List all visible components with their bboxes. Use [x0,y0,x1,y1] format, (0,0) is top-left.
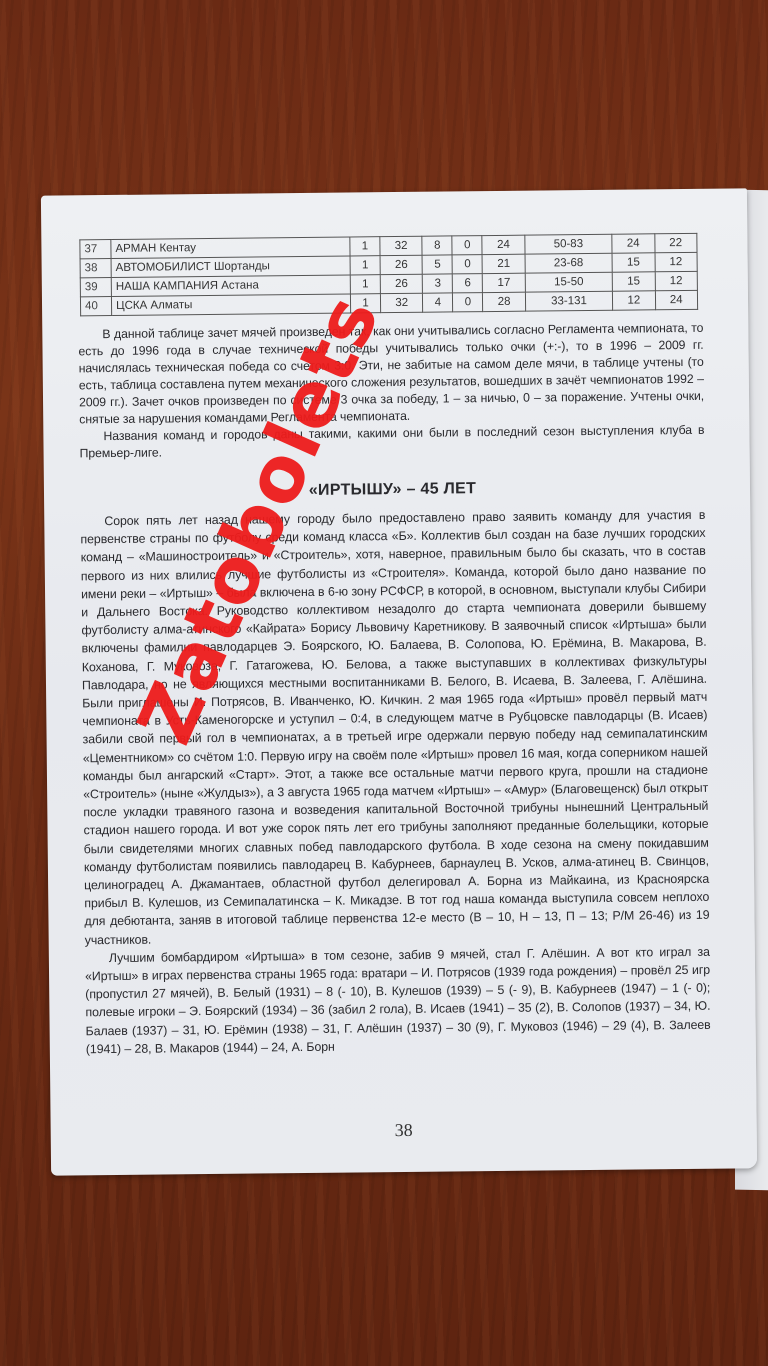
stat-cell: 21 [482,254,525,273]
stat-cell: 50-83 [525,234,612,254]
stat-cell: 0 [453,293,483,312]
page-number: 38 [51,1116,757,1144]
stat-cell: 12 [655,271,698,290]
team-cell: АРМАН Кентау [111,237,350,259]
stat-cell: 17 [483,273,526,292]
article-body: Сорок пять лет назад нашему городу было … [80,506,711,1059]
stat-cell: 4 [423,293,453,312]
stat-cell: 0 [452,255,482,274]
stat-cell: 24 [655,290,698,309]
stat-cell: 0 [452,236,482,255]
position-cell: 38 [80,258,111,277]
article-title: «ИРТЫШУ» – 45 ЛЕТ [80,478,705,503]
stat-cell: 6 [453,274,483,293]
stat-cell: 24 [612,234,655,253]
stat-cell: 22 [654,233,697,252]
stat-cell: 12 [612,291,655,310]
note-paragraph: Названия команд и городов даны такими, к… [79,422,704,463]
stat-cell: 28 [483,292,526,311]
stat-cell: 15 [612,272,655,291]
position-cell: 37 [80,239,111,258]
article-paragraph: Лучшим бомбардиром «Иртыша» в том сезоне… [85,943,711,1059]
stat-cell: 33-131 [525,291,612,311]
note-paragraph: В данной таблице зачет мячей произведен … [78,320,704,429]
position-cell: 40 [80,296,111,315]
stat-cell: 15-50 [525,272,612,292]
stat-cell: 12 [655,252,698,271]
stat-cell: 5 [422,255,452,274]
position-cell: 39 [80,277,111,296]
stat-cell: 3 [423,274,453,293]
stat-cell: 23-68 [525,253,612,273]
stat-cell: 24 [482,235,525,254]
table-notes: В данной таблице зачет мячей произведен … [78,320,704,463]
team-cell: АВТОМОБИЛИСТ Шортанды [111,256,350,278]
stat-cell: 15 [612,253,655,272]
